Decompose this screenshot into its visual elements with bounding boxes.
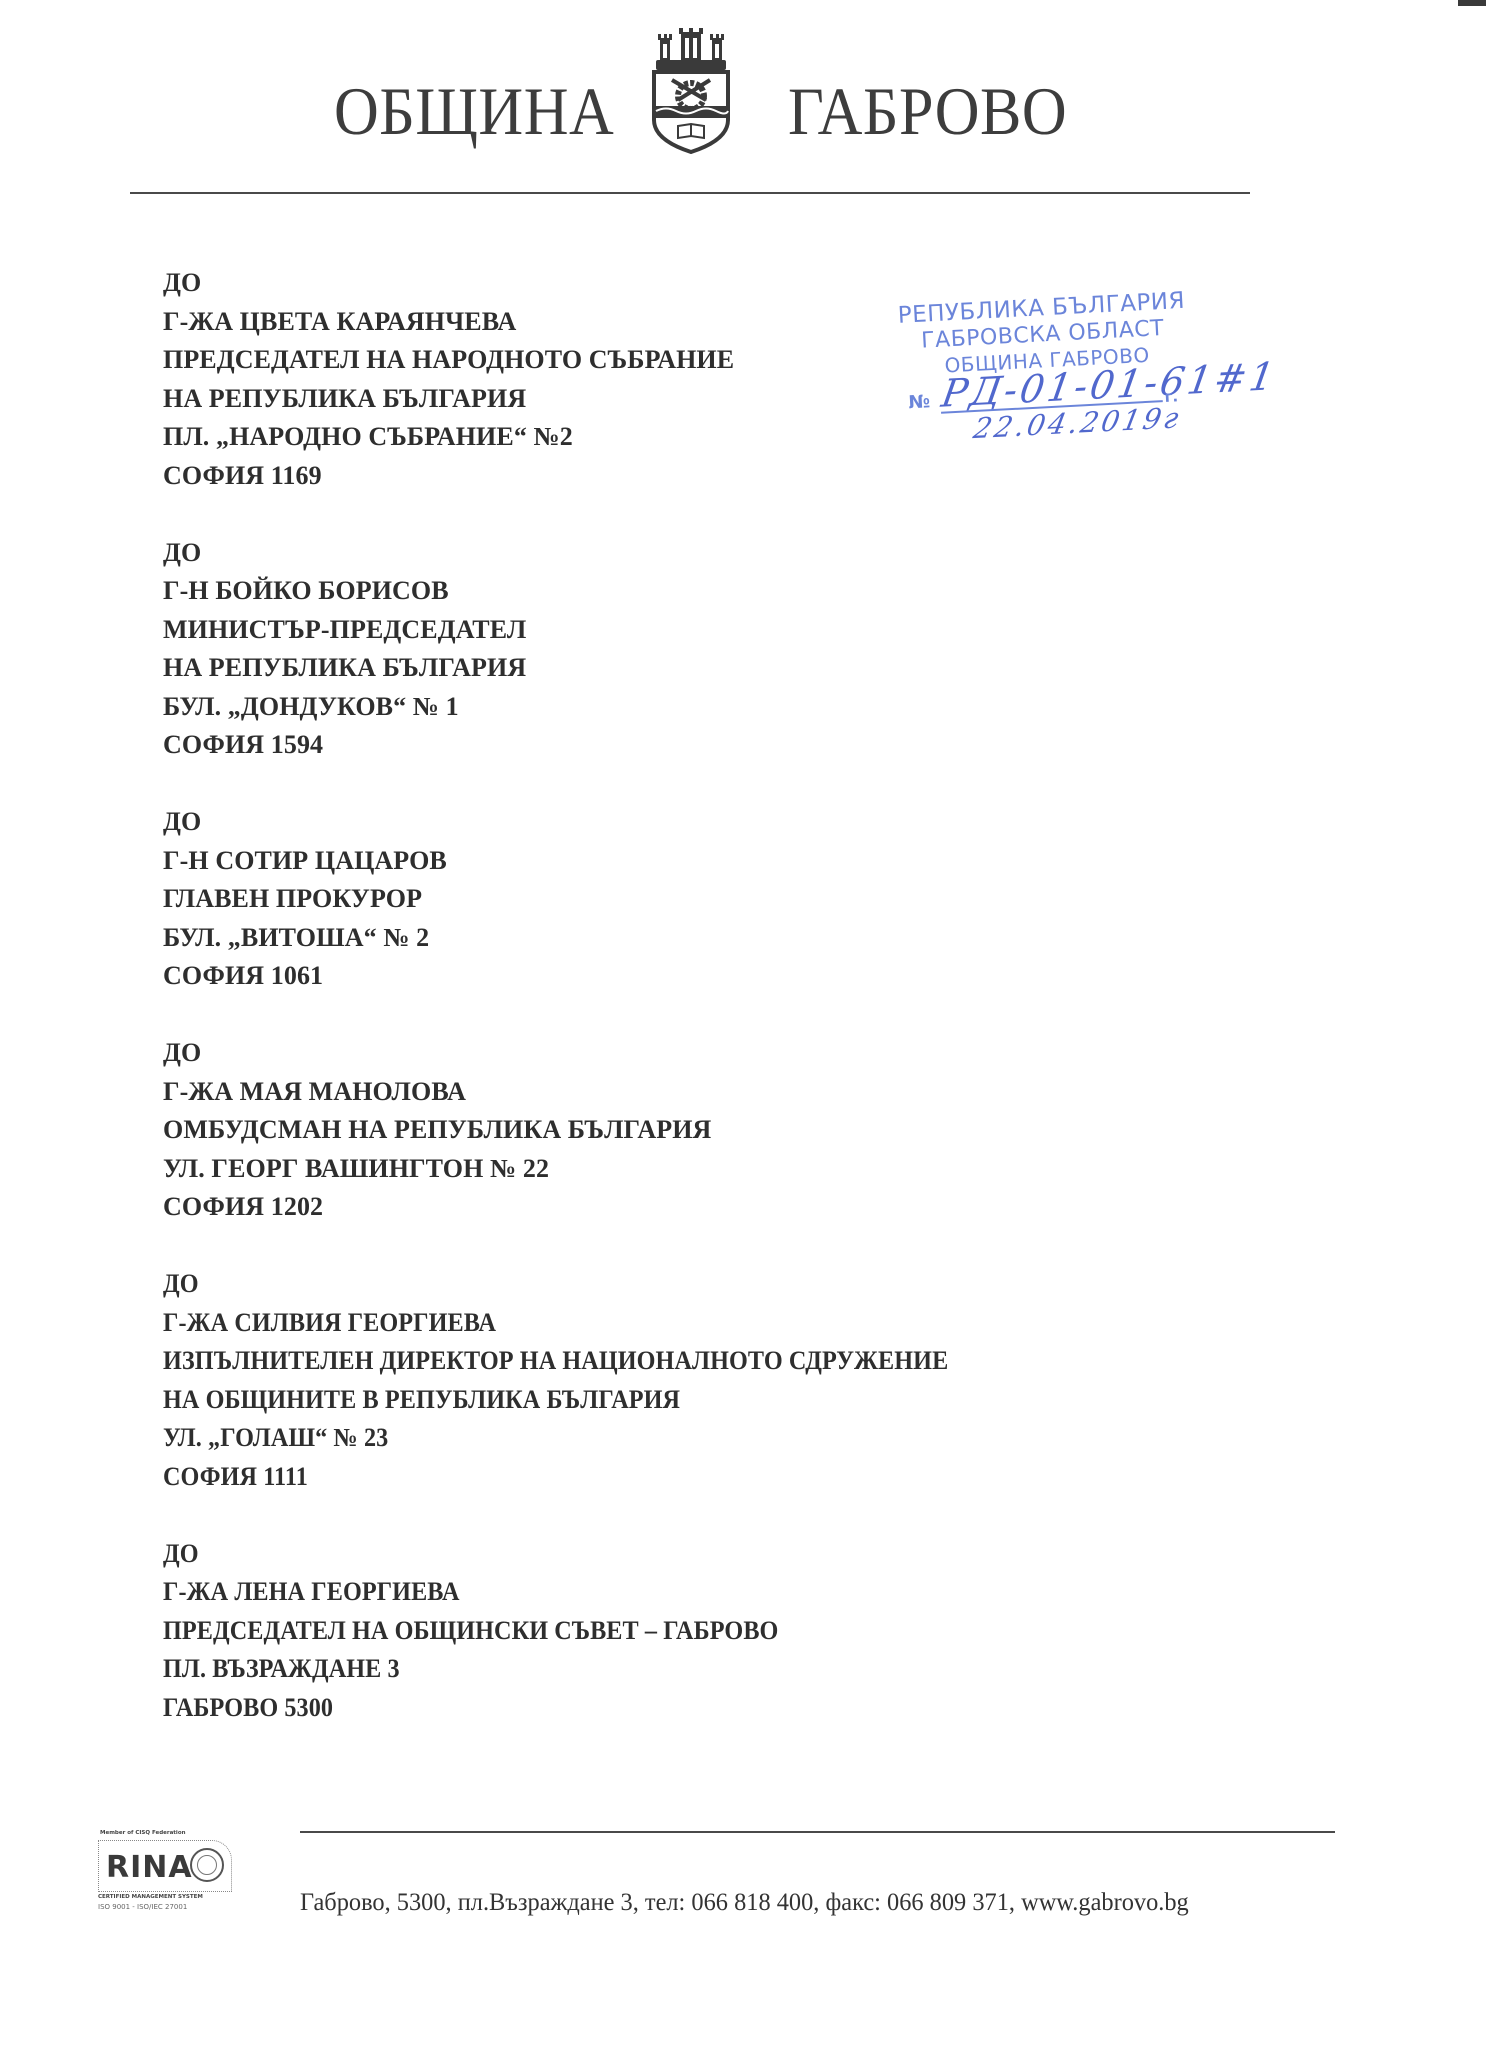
footer-contact: Габрово, 5300, пл.Възраждане 3, тел: 066… xyxy=(300,1888,1189,1918)
cert-caption: CERTIFIED MANAGEMENT SYSTEM xyxy=(98,1894,203,1900)
addressee-block: ДО Г-Н БОЙКО БОРИСОВ МИНИСТЪР-ПРЕДСЕДАТЕ… xyxy=(163,534,1263,765)
addressee-street: БУЛ. „ВИТОША“ № 2 xyxy=(163,919,1263,958)
addressee-to: ДО xyxy=(163,1535,1186,1574)
addressee-to: ДО xyxy=(163,1265,1186,1304)
addressee-list: ДО Г-ЖА ЦВЕТА КАРАЯНЧЕВА ПРЕДСЕДАТЕЛ НА … xyxy=(163,264,1263,1766)
addressee-position: МИНИСТЪР-ПРЕДСЕДАТЕЛ xyxy=(163,611,1263,650)
addressee-position: НА РЕПУБЛИКА БЪЛГАРИЯ xyxy=(163,649,1263,688)
addressee-to: ДО xyxy=(163,803,1263,842)
addressee-city: СОФИЯ 1111 xyxy=(163,1458,1186,1497)
letterhead-municipality-word: ОБЩИНА xyxy=(334,78,614,146)
coat-of-arms-icon xyxy=(648,28,734,154)
addressee-block: ДО Г-ЖА МАЯ МАНОЛОВА ОМБУДСМАН НА РЕПУБЛ… xyxy=(163,1034,1263,1227)
addressee-name: Г-ЖА СИЛВИЯ ГЕОРГИЕВА xyxy=(163,1304,1186,1343)
addressee-name: Г-Н БОЙКО БОРИСОВ xyxy=(163,572,1263,611)
addressee-position: НА РЕПУБЛИКА БЪЛГАРИЯ xyxy=(163,380,1263,419)
addressee-street: ПЛ. ВЪЗРАЖДАНЕ 3 xyxy=(163,1650,1186,1689)
addressee-street: БУЛ. „ДОНДУКОВ“ № 1 xyxy=(163,688,1263,727)
addressee-block: ДО Г-ЖА ЛЕНА ГЕОРГИЕВА ПРЕДСЕДАТЕЛ НА ОБ… xyxy=(163,1535,1263,1728)
addressee-name: Г-ЖА ЦВЕТА КАРАЯНЧЕВА xyxy=(163,303,1263,342)
certification-seal-icon xyxy=(190,1848,224,1882)
addressee-position: ГЛАВЕН ПРОКУРОР xyxy=(163,880,1263,919)
addressee-city: СОФИЯ 1202 xyxy=(163,1188,1263,1227)
addressee-block: ДО Г-ЖА СИЛВИЯ ГЕОРГИЕВА ИЗПЪЛНИТЕЛЕН ДИ… xyxy=(163,1265,1263,1496)
addressee-block: ДО Г-ЖА ЦВЕТА КАРАЯНЧЕВА ПРЕДСЕДАТЕЛ НА … xyxy=(163,264,1263,495)
letterhead: ОБЩИНА xyxy=(0,22,1486,152)
addressee-street: УЛ. ГЕОРГ ВАШИНГТОН № 22 xyxy=(163,1150,1263,1189)
addressee-position: ИЗПЪЛНИТЕЛЕН ДИРЕКТОР НА НАЦИОНАЛНОТО СД… xyxy=(163,1342,1186,1381)
addressee-name: Г-Н СОТИР ЦАЦАРОВ xyxy=(163,842,1263,881)
addressee-to: ДО xyxy=(163,1034,1263,1073)
addressee-to: ДО xyxy=(163,534,1263,573)
addressee-city: СОФИЯ 1594 xyxy=(163,726,1263,765)
rina-logo-icon: RINA xyxy=(106,1850,193,1885)
scan-edge xyxy=(1458,0,1486,6)
addressee-position: НА ОБЩИНИТЕ В РЕПУБЛИКА БЪЛГАРИЯ xyxy=(163,1381,1186,1420)
letterhead-city-word: ГАБРОВО xyxy=(788,78,1067,146)
addressee-city: ГАБРОВО 5300 xyxy=(163,1689,1186,1728)
addressee-position: ПРЕДСЕДАТЕЛ НА НАРОДНОТО СЪБРАНИЕ xyxy=(163,341,1263,380)
addressee-city: СОФИЯ 1169 xyxy=(163,457,1263,496)
addressee-name: Г-ЖА ЛЕНА ГЕОРГИЕВА xyxy=(163,1573,1186,1612)
cert-standards: ISO 9001 - ISO/IEC 27001 xyxy=(98,1903,187,1911)
cert-member-text: Member of CISQ Federation xyxy=(100,1830,186,1836)
header-divider xyxy=(130,192,1250,194)
addressee-street: УЛ. „ГОЛАШ“ № 23 xyxy=(163,1419,1186,1458)
addressee-street: ПЛ. „НАРОДНО СЪБРАНИЕ“ №2 xyxy=(163,418,1263,457)
addressee-name: Г-ЖА МАЯ МАНОЛОВА xyxy=(163,1073,1263,1112)
addressee-position: ОМБУДСМАН НА РЕПУБЛИКА БЪЛГАРИЯ xyxy=(163,1111,1263,1150)
certification-badge: Member of CISQ Federation RINA CERTIFIED… xyxy=(98,1830,240,1926)
addressee-block: ДО Г-Н СОТИР ЦАЦАРОВ ГЛАВЕН ПРОКУРОР БУЛ… xyxy=(163,803,1263,996)
footer-divider xyxy=(300,1831,1335,1833)
addressee-to: ДО xyxy=(163,264,1263,303)
addressee-position: ПРЕДСЕДАТЕЛ НА ОБЩИНСКИ СЪВЕТ – ГАБРОВО xyxy=(163,1612,1186,1651)
addressee-city: СОФИЯ 1061 xyxy=(163,957,1263,996)
